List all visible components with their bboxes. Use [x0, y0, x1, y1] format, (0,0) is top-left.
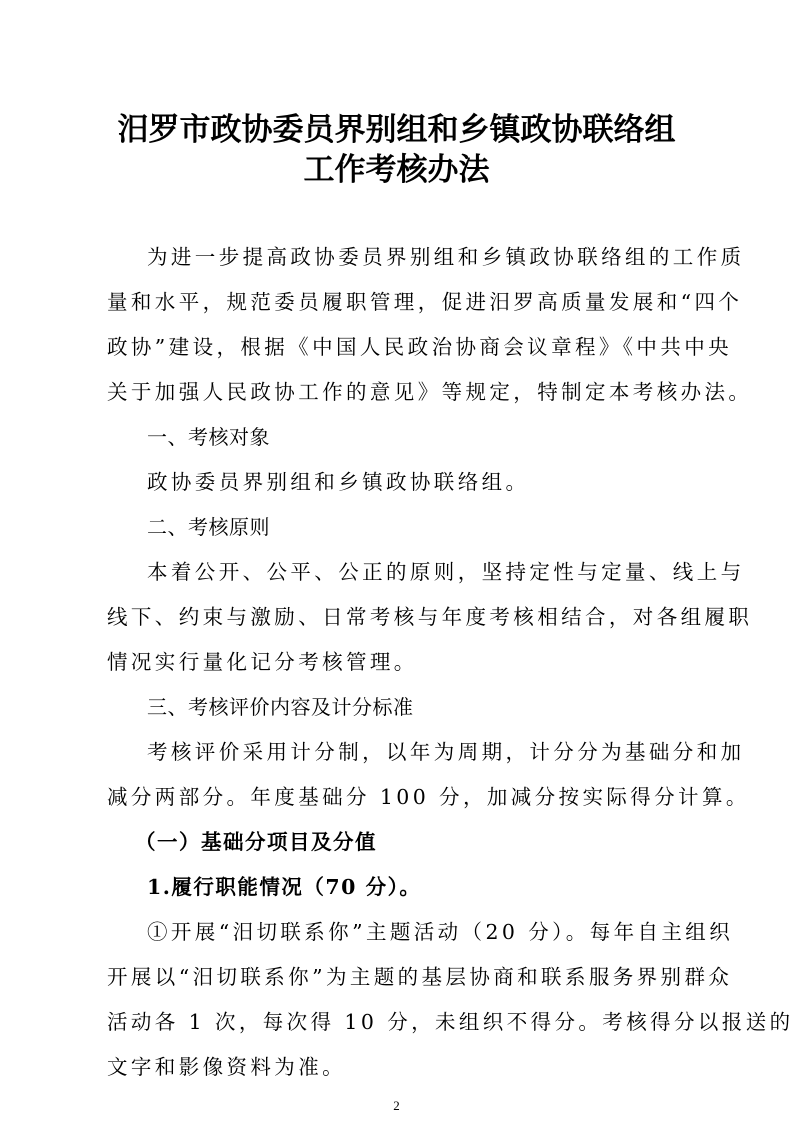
item-text-line: 开展以“汨切联系你”为主题的基层协商和联系服务界别群众 [107, 963, 687, 991]
section3-text-line: 减分两部分。年度基础分 100 分，加减分按实际得分计算。 [107, 783, 687, 811]
section-heading-subject: 一、考核对象 [147, 423, 727, 451]
section2-text-line: 本着公开、公平、公正的原则，坚持定性与定量、线上与 [147, 558, 727, 586]
section2-text-line: 情况实行量化记分考核管理。 [107, 648, 687, 676]
section-heading-criteria: 三、考核评价内容及计分标准 [147, 693, 727, 721]
subsection-heading-base-score: （一）基础分项目及分值 [135, 828, 715, 856]
section2-text-line: 线下、约束与激励、日常考核与年度考核相结合，对各组履职 [107, 603, 687, 631]
document-title-line1: 汨罗市政协委员界别组和乡镇政协联络组 [0, 110, 793, 150]
section3-text-line: 考核评价采用计分制，以年为周期，计分分为基础分和加 [147, 738, 727, 766]
page-number: 2 [0, 1098, 793, 1114]
intro-paragraph-line: 为进一步提高政协委员界别组和乡镇政协联络组的工作质 [147, 243, 727, 271]
item-heading-duty-performance: 1.履行职能情况（70 分）。 [147, 873, 727, 901]
item-text-line: 活动各 1 次，每次得 10 分，未组织不得分。考核得分以报送的 [107, 1008, 687, 1036]
document-page: 汨罗市政协委员界别组和乡镇政协联络组 工作考核办法 为进一步提高政协委员界别组和… [0, 0, 793, 1122]
item-text-line: ①开展“汨切联系你”主题活动（20 分）。每年自主组织 [147, 918, 727, 946]
item-text-line: 文字和影像资料为准。 [107, 1053, 687, 1081]
document-title-line2: 工作考核办法 [0, 150, 793, 190]
intro-paragraph-line: 关于加强人民政协工作的意见》等规定，特制定本考核办法。 [107, 378, 687, 406]
intro-paragraph-line: 政协”建设，根据《中国人民政治协商会议章程》《中共中央 [107, 333, 687, 361]
section-heading-principle: 二、考核原则 [147, 513, 727, 541]
intro-paragraph-line: 量和水平，规范委员履职管理，促进汨罗高质量发展和“四个 [107, 288, 687, 316]
section1-text: 政协委员界别组和乡镇政协联络组。 [147, 468, 727, 496]
